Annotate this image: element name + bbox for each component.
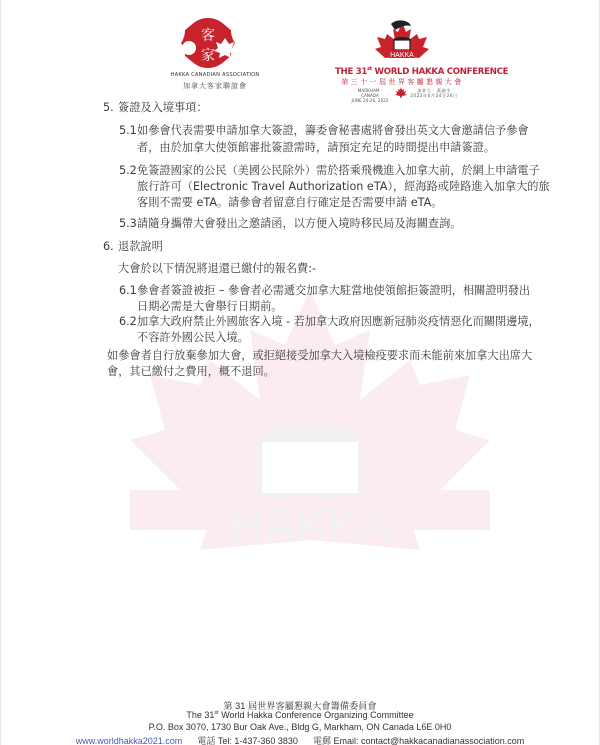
phone-number: Tel: 1-437-360 3830	[218, 736, 298, 745]
item-5-2-number: 5.2	[119, 163, 137, 179]
email-label: 電郵	[313, 736, 331, 745]
website-link[interactable]: www.worldhakka2021.com	[76, 736, 183, 745]
item-6-1-line-2: 日期必需是大會舉行日期前。	[137, 299, 282, 315]
hakka-canadian-association-logo: 客 家 HAKKA CANADIAN ASSOCIATION 加拿大客家聯誼會	[165, 8, 255, 94]
item-5-3-number: 5.3	[119, 216, 137, 232]
item-5-3-line-1: 請隨身攜帶大會發出之邀請函，以方便入境時移民局及海關查詢。	[137, 216, 461, 232]
item-6-1-number: 6.1	[119, 283, 137, 299]
svg-text:HAKKA: HAKKA	[229, 498, 392, 551]
whc-location-english: MARKHAM · CANADA JUNE 24-26, 2022	[349, 88, 391, 103]
item-6-2-line-1: 加拿大政府禁止外國旅客入境 - 若加拿大政府因應新冠肺炎疫情惡化而關閉邊境，	[137, 314, 540, 330]
hca-name-english: HAKKA CANADIAN ASSOCIATION	[165, 72, 265, 78]
section-6-title: 退款說明	[118, 239, 163, 255]
section-6-intro: 大會於以下情況將退還已繳付的報名費:-	[118, 261, 316, 277]
maple-leaf-icon	[395, 87, 407, 98]
closing-line-2: 會，其已繳付之費用，概不退回。	[107, 364, 275, 380]
whc-title-english: THE 31st WORLD HAKKA CONFERENCE	[335, 66, 470, 77]
page-edge-left	[0, 0, 1, 745]
item-5-2-line-3: 客則不需要 eTA。請參會者留意自行確定是否需要申請 eTA。	[137, 195, 442, 211]
item-5-1-line-1: 如參會代表需要申請加拿大簽證，籌委會秘書處將會發出英文大會邀請信予參會	[137, 123, 529, 139]
email-address: Email: contact@hakkacanadianassociation.…	[334, 736, 525, 745]
item-6-2-number: 6.2	[119, 314, 137, 330]
footer-address: P.O. Box 3070, 1730 Bur Oak Ave., Bldg G…	[0, 722, 600, 732]
world-hakka-conference-logo: HAKKA THE 31st WORLD HAKKA CONFERENCE 第三…	[335, 6, 470, 98]
section-6-number: 6.	[103, 239, 114, 255]
whc-location-chinese: 加拿大 · 萬錦市 2022年6月24至26日	[409, 88, 459, 98]
svg-text:客: 客	[201, 28, 215, 44]
item-5-2-line-1: 免簽證國家的公民（美國公民除外）需於搭乘飛機進入加拿大前，於網上申請電子	[137, 163, 540, 179]
hca-name-chinese: 加拿大客家聯誼會	[165, 81, 265, 91]
svg-text:家: 家	[201, 48, 215, 64]
whc-emblem-icon: HAKKA	[375, 18, 430, 66]
svg-text:HAKKA: HAKKA	[390, 52, 414, 59]
closing-line-1: 如參會者自行放棄參加大會，或拒絕接受加拿大入境檢疫要求而未能前來加拿大出席大	[107, 348, 532, 364]
item-6-1-line-1: 參會者簽證被拒 – 參會者必需遞交加拿大駐當地使領館拒簽證明，相關證明發出	[137, 283, 530, 299]
item-6-2-line-2: 不容許外國公民入境。	[137, 330, 249, 346]
phone-label: 電話	[197, 736, 215, 745]
whc-title-chinese: 第三十一屆世界客屬懇親大會	[335, 77, 470, 87]
section-5-number: 5.	[103, 100, 114, 116]
hca-emblem-icon: 客 家	[175, 16, 241, 70]
footer-contact: www.worldhakka2021.com 電話 Tel: 1-437-360…	[0, 734, 600, 745]
footer-committee-english: The 31st World Hakka Conference Organizi…	[0, 710, 600, 720]
item-5-1-number: 5.1	[119, 123, 137, 139]
item-5-2-line-2: 旅行許可（Electronic Travel Authorization eTA…	[137, 179, 550, 195]
section-5-title: 簽證及入境事項：	[118, 100, 208, 116]
item-5-1-line-2: 者，由於加拿大使領館審批簽證需時，請預定充足的時間提出申請簽證。	[137, 140, 495, 156]
